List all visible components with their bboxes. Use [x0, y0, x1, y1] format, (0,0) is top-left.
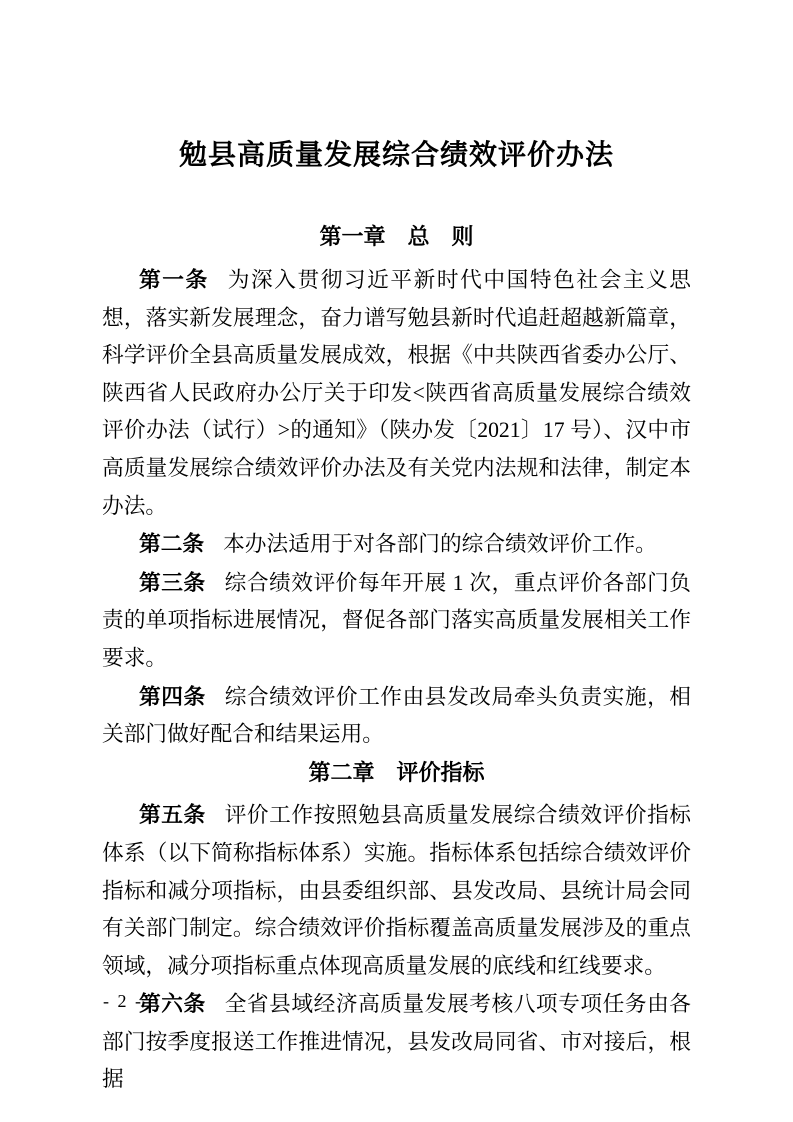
- article-3-lead: 第三条: [139, 570, 206, 595]
- article-1-lead: 第一条: [139, 267, 209, 292]
- article-5-lead: 第五条: [139, 802, 206, 827]
- article-5-text: 评价工作按照勉县高质量发展综合绩效评价指标体系（以下简称指标体系）实施。指标体系…: [102, 803, 691, 977]
- document-title: 勉县高质量发展综合绩效评价办法: [102, 138, 691, 174]
- chapter-2-heading: 第二章 评价指标: [102, 754, 691, 792]
- page-number: - 2 -: [103, 989, 143, 1013]
- article-5: 第五条评价工作按照勉县高质量发展综合绩效评价指标体系（以下简称指标体系）实施。指…: [102, 796, 691, 985]
- article-1: 第一条为深入贯彻习近平新时代中国特色社会主义思想，落实新发展理念，奋力谱写勉县新…: [102, 261, 691, 525]
- article-2: 第二条本办法适用于对各部门的综合绩效评价工作。: [102, 525, 691, 564]
- document-content: 勉县高质量发展综合绩效评价办法 第一章 总 则 第一条为深入贯彻习近平新时代中国…: [102, 0, 691, 1099]
- document-page: 勉县高质量发展综合绩效评价办法 第一章 总 则 第一条为深入贯彻习近平新时代中国…: [0, 0, 793, 1122]
- article-4: 第四条综合绩效评价工作由县发改局牵头负责实施，相关部门做好配合和结果运用。: [102, 678, 691, 754]
- article-3: 第三条综合绩效评价每年开展 1 次，重点评价各部门负责的单项指标进展情况，督促各…: [102, 564, 691, 678]
- article-4-lead: 第四条: [139, 684, 206, 709]
- article-2-text: 本办法适用于对各部门的综合绩效评价工作。: [223, 532, 657, 556]
- article-6: 第六条全省县域经济高质量发展考核八项专项任务由各部门按季度报送工作推进情况，县发…: [102, 985, 691, 1099]
- chapter-1-heading: 第一章 总 则: [102, 221, 691, 253]
- article-2-lead: 第二条: [139, 531, 204, 556]
- article-6-lead: 第六条: [139, 991, 206, 1016]
- article-1-text: 为深入贯彻习近平新时代中国特色社会主义思想，落实新发展理念，奋力谱写勉县新时代追…: [102, 268, 691, 518]
